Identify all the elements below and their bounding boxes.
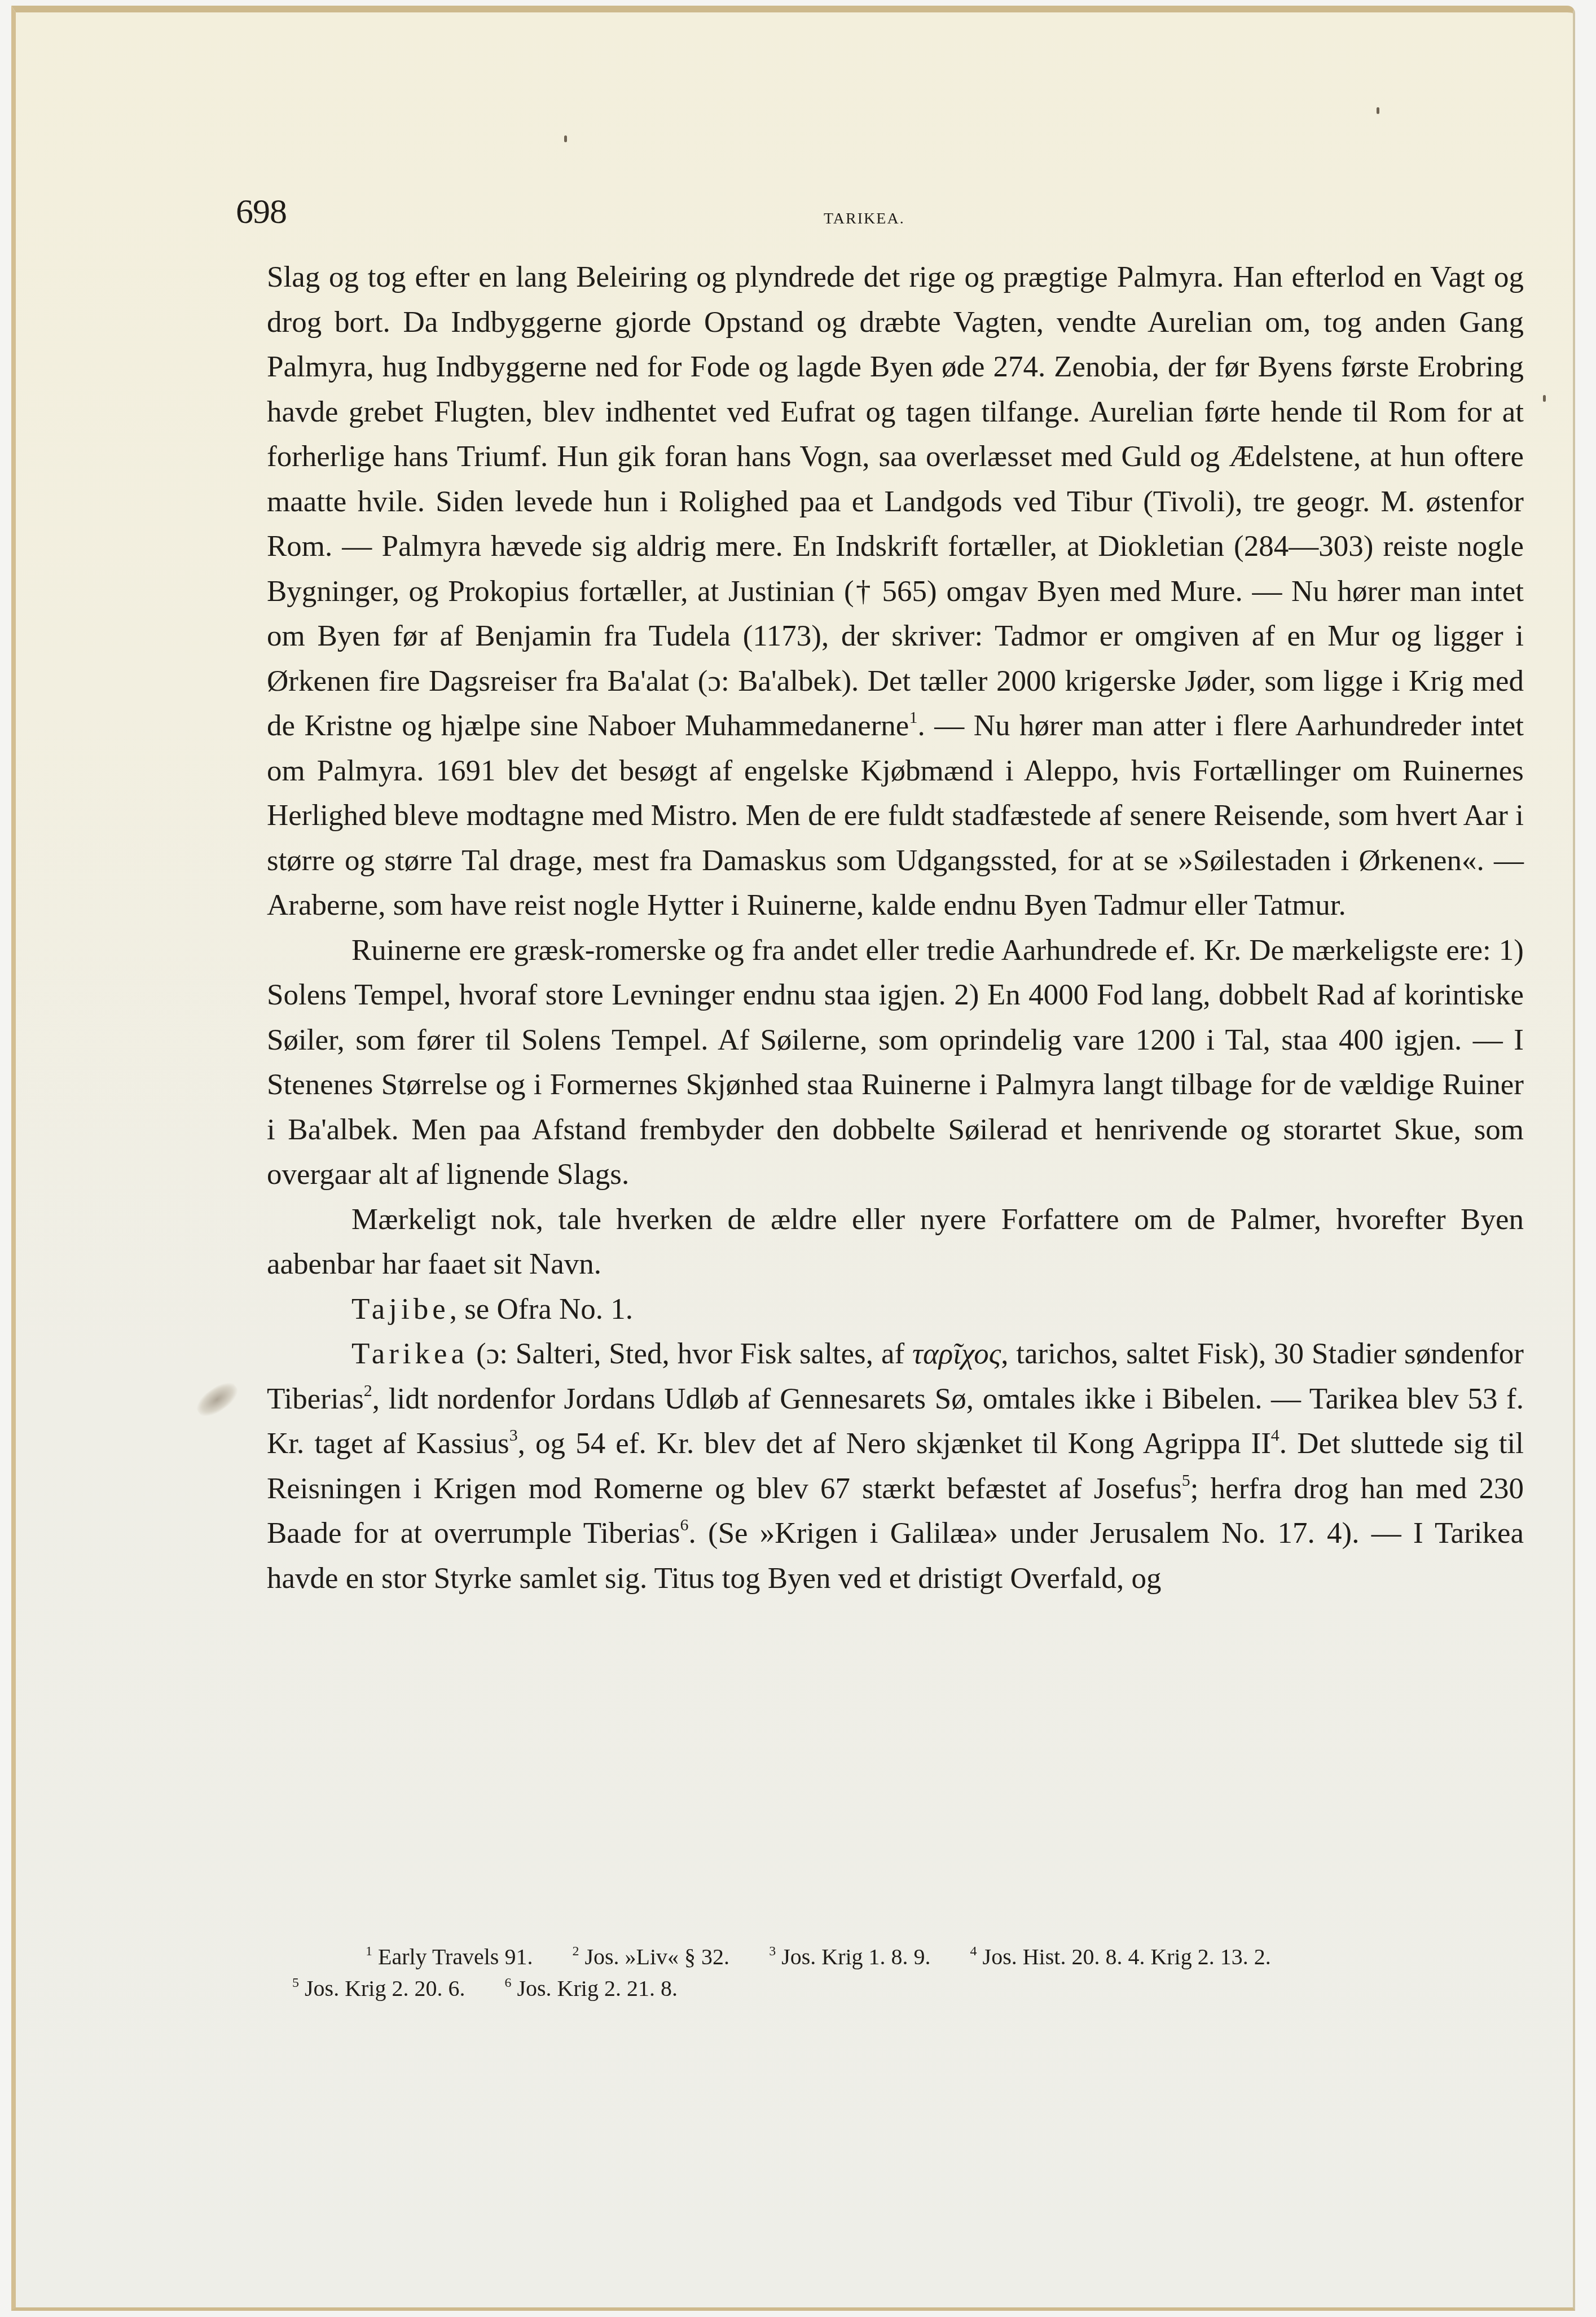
paragraph-palms: Mærkeligt nok, tale hverken de ældre ell… (267, 1197, 1524, 1287)
footnote-6: 6 Jos. Krig 2. 21. 8. (504, 1976, 677, 2001)
footnote-ref-4[interactable]: 4 (1271, 1426, 1280, 1445)
running-head: TARIKEA. (824, 210, 905, 228)
headword-tajibe: Tajibe (351, 1293, 450, 1326)
footnote-line-2: 5 Jos. Krig 2. 20. 6. 6 Jos. Krig 2. 21.… (267, 1973, 1542, 2004)
footnote-ref-6[interactable]: 6 (680, 1516, 689, 1534)
greek-word: ταρῖχος (912, 1337, 1001, 1370)
footnotes: 1 Early Travels 91. 2 Jos. »Liv« § 32. 3… (267, 1941, 1542, 2004)
page-number: 698 (236, 192, 287, 232)
paper-speck (1543, 395, 1546, 402)
footnote-line-1: 1 Early Travels 91. 2 Jos. »Liv« § 32. 3… (267, 1941, 1542, 1973)
paragraph-palmyra: Slag og tog efter en lang Beleiring og p… (267, 255, 1524, 928)
entry-tarikea: Tarikea (ɔ: Salteri, Sted, hvor Fisk sal… (267, 1332, 1524, 1601)
footnote-1: 1 Early Travels 91. (366, 1944, 533, 1969)
paper-speck (1377, 107, 1379, 114)
footnote-4: 4 Jos. Hist. 20. 8. 4. Krig 2. 13. 2. (970, 1944, 1271, 1969)
footnote-ref-2[interactable]: 2 (364, 1381, 372, 1400)
entry-tajibe: Tajibe, se Ofra No. 1. (267, 1287, 1524, 1332)
headword-tarikea: Tarikea (351, 1337, 468, 1370)
footnote-ref-5[interactable]: 5 (1182, 1471, 1190, 1490)
footnote-3: 3 Jos. Krig 1. 8. 9. (769, 1944, 930, 1969)
body-text: Slag og tog efter en lang Beleiring og p… (267, 255, 1524, 1601)
footnote-2: 2 Jos. »Liv« § 32. (572, 1944, 729, 1969)
footnote-5: 5 Jos. Krig 2. 20. 6. (292, 1976, 465, 2001)
footnote-ref-1[interactable]: 1 (909, 708, 917, 727)
paragraph-ruins: Ruinerne ere græsk-romerske og fra andet… (267, 928, 1524, 1197)
footnote-ref-3[interactable]: 3 (509, 1426, 518, 1445)
paper-speck (564, 135, 567, 142)
